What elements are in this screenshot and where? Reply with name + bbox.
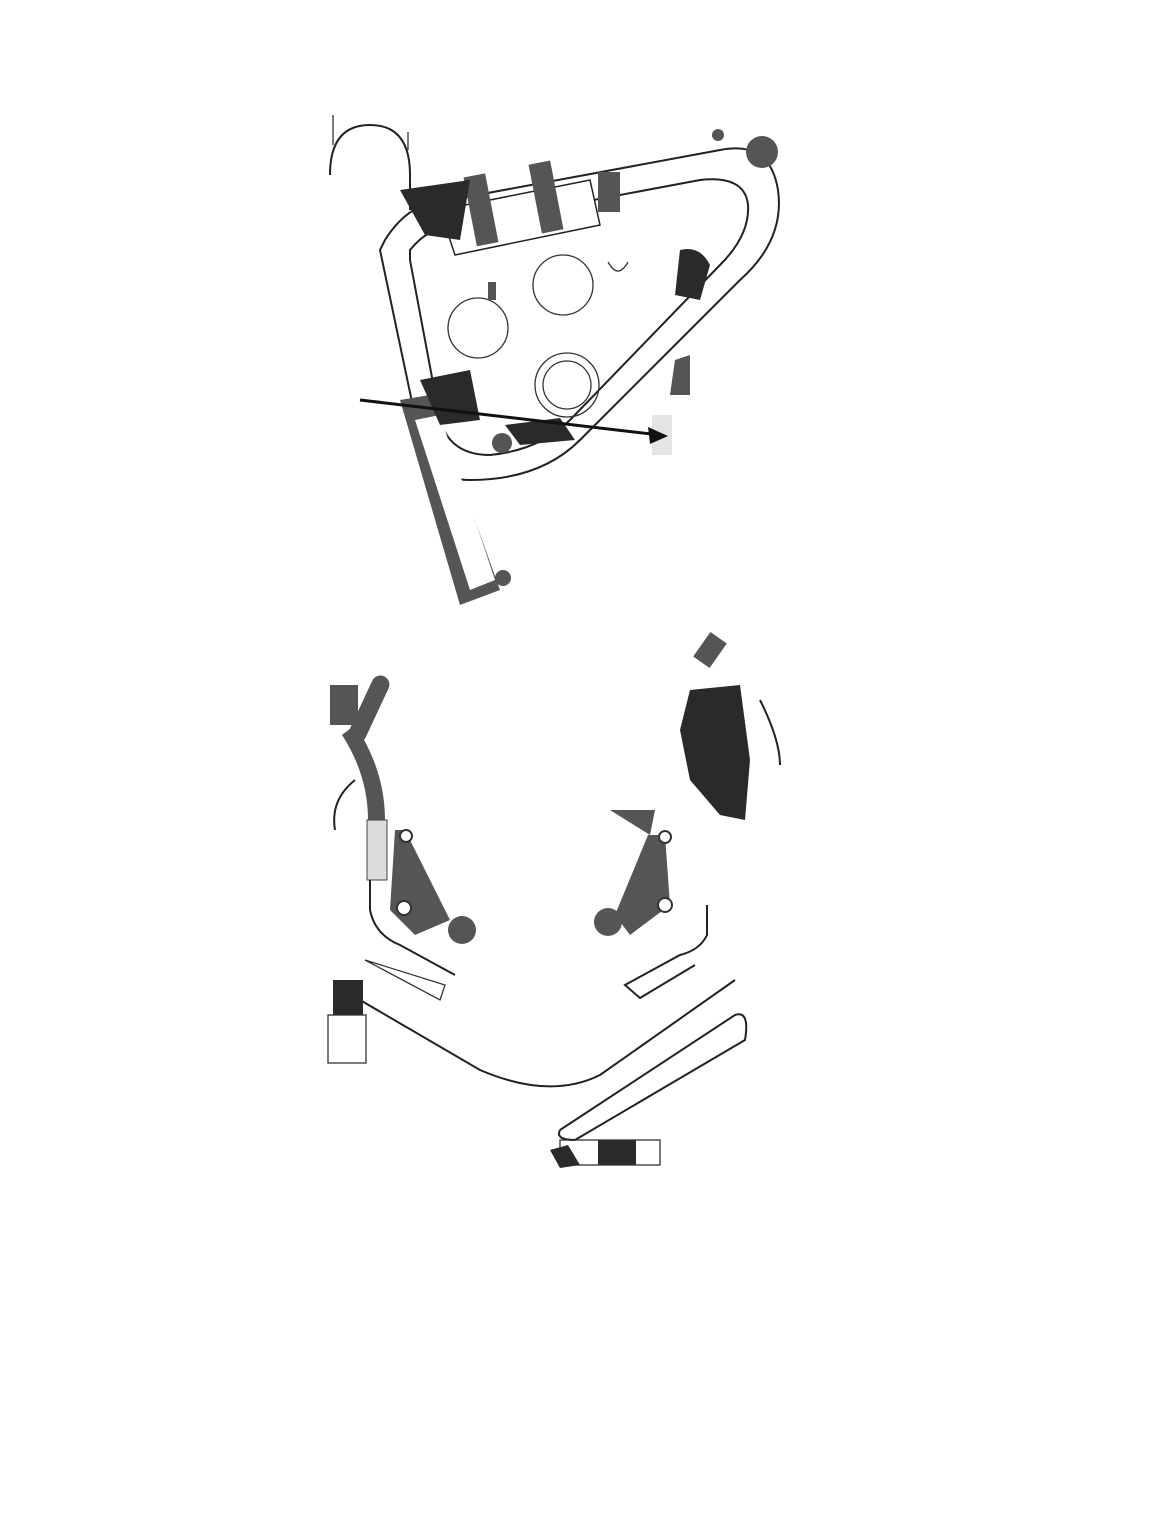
lower-assembly — [328, 632, 780, 1168]
pop-bumper-lower — [535, 353, 599, 417]
upper-assembly — [330, 115, 779, 605]
right-flipper-coil — [598, 1140, 636, 1165]
right-ramp-shading — [675, 249, 710, 300]
upper-left-wire-ramp — [330, 125, 410, 210]
left-upper-coil — [330, 685, 358, 725]
pop-bumper-center — [533, 255, 593, 315]
pop-bumper-left — [448, 298, 508, 358]
post-round — [746, 136, 778, 168]
left-slingshot-assembly — [390, 830, 450, 935]
shooter-lane — [559, 1014, 746, 1140]
right-slingshot-assembly — [615, 835, 670, 935]
right-upper-coil — [680, 685, 750, 820]
playfield-drawing — [0, 0, 1154, 1513]
outhole-trough — [360, 980, 735, 1086]
left-flipper-coil — [333, 980, 363, 1015]
shaded-bracket-right — [598, 172, 620, 212]
